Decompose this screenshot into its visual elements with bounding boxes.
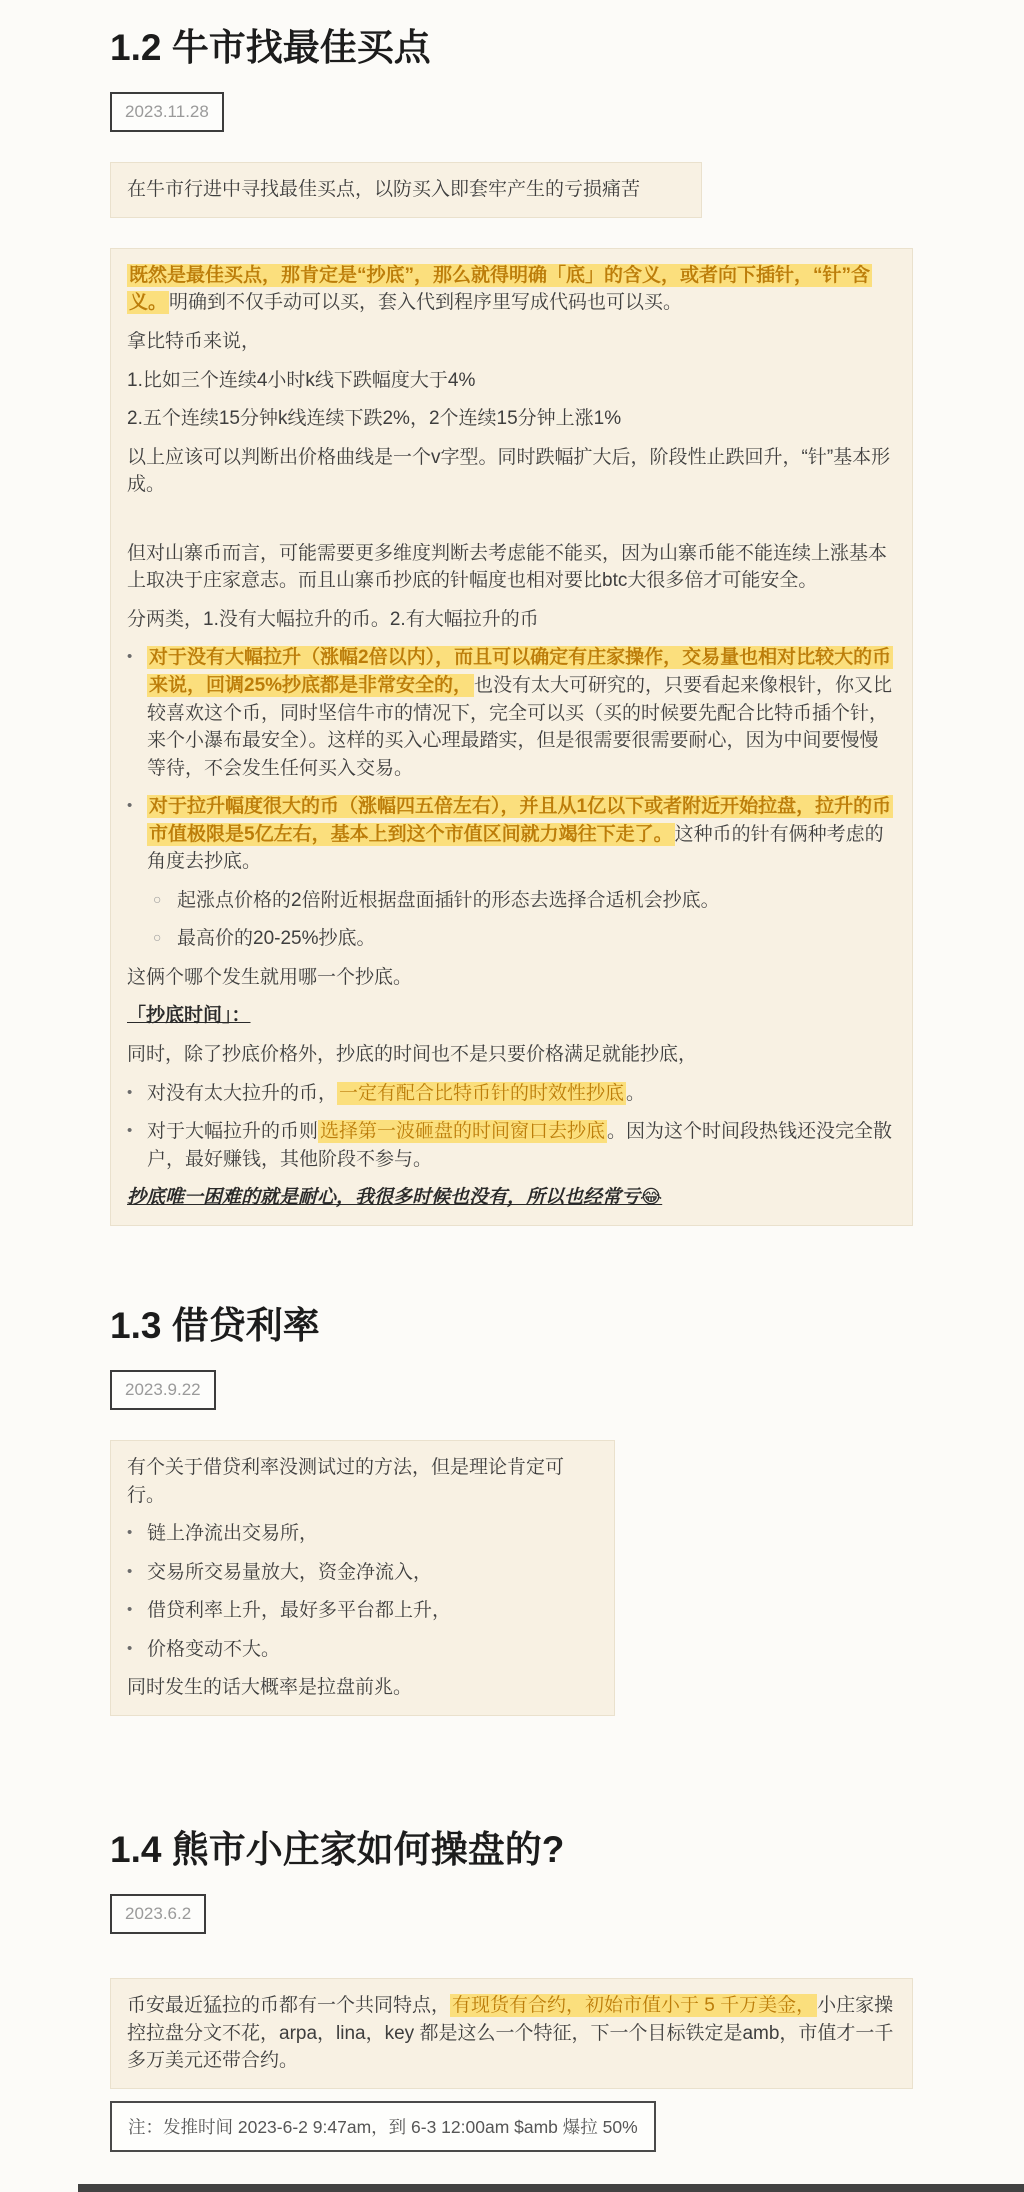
intro-callout: 在牛市行进中寻找最佳买点，以防买入即套牢产生的亏损痛苦 — [110, 162, 702, 218]
circle-bullet-icon: ○ — [153, 925, 177, 953]
paragraph: 既然是最佳买点，那肯定是“抄底”，那么就得明确「底」的含义，或者向下插针，“针”… — [127, 262, 896, 317]
paragraph-spacer — [127, 510, 896, 540]
sub-bullet-item: ○ 最高价的20-25%抄底。 — [153, 925, 896, 953]
paragraph: 同时，除了抄底价格外，抄底的时间也不是只要价格满足就能抄底， — [127, 1041, 896, 1069]
bullet-text: 对没有太大拉升的币，一定有配合比特币针的时效性抄底。 — [147, 1080, 896, 1108]
highlighted-text: 有现货有合约，初始市值小于 5 千万美金， — [450, 1994, 817, 2017]
section-1-2: 1.2 牛市找最佳买点 2023.11.28 在牛市行进中寻找最佳买点，以防买入… — [110, 26, 1024, 1226]
date-badge-1-2: 2023.11.28 — [110, 92, 224, 132]
bullet-text: 对于拉升幅度很大的币（涨幅四五倍左右），并且从1亿以下或者附近开始拉盘，拉升的币… — [147, 793, 896, 876]
paragraph: 分两类，1.没有大幅拉升的币。2.有大幅拉升的币 — [127, 606, 896, 634]
bullet-item: • 借贷利率上升，最好多平台都上升， — [127, 1597, 598, 1625]
date-badge-1-4: 2023.6.2 — [110, 1894, 206, 1934]
highlighted-text: 一定有配合比特币针的时效性抄底 — [337, 1082, 626, 1105]
buy-point-notes-callout: 既然是最佳买点，那肯定是“抄底”，那么就得明确「底」的含义，或者向下插针，“针”… — [110, 248, 913, 1226]
bullet-icon: • — [127, 1597, 147, 1625]
paragraph: 这俩个哪个发生就用哪一个抄底。 — [127, 964, 896, 992]
paragraph: 有个关于借贷利率没测试过的方法，但是理论肯定可行。 — [127, 1454, 598, 1509]
bullet-icon: • — [127, 793, 147, 876]
paragraph-text: 。 — [626, 1083, 645, 1104]
highlighted-text: 选择第一波砸盘的时间窗口去抄底 — [318, 1120, 607, 1143]
bullet-icon: • — [127, 1080, 147, 1108]
bullet-text: 交易所交易量放大，资金净流入， — [147, 1559, 598, 1587]
paragraph-text: 对于大幅拉升的币则 — [147, 1121, 318, 1142]
bullet-item: • 对于大幅拉升的币则选择第一波砸盘的时间窗口去抄底。因为这个时间段热钱还没完全… — [127, 1118, 896, 1173]
paragraph: 1.比如三个连续4小时k线下跌幅度大于4% — [127, 367, 896, 395]
paragraph-text: 对没有太大拉升的币， — [147, 1083, 337, 1104]
bullet-item: • 对于拉升幅度很大的币（涨幅四五倍左右），并且从1亿以下或者附近开始拉盘，拉升… — [127, 793, 896, 876]
bullet-icon: • — [127, 1559, 147, 1587]
document-page: 1.2 牛市找最佳买点 2023.11.28 在牛市行进中寻找最佳买点，以防买入… — [0, 0, 1024, 2192]
section-1-3-heading: 1.3 借贷利率 — [110, 1304, 1024, 1348]
underlined-label: 「抄底时间」： — [127, 1005, 251, 1026]
paragraph: 拿比特币来说， — [127, 328, 896, 356]
section-1-3: 1.3 借贷利率 2023.9.22 有个关于借贷利率没测试过的方法，但是理论肯… — [110, 1304, 1024, 1716]
sub-bullet-text: 最高价的20-25%抄底。 — [177, 925, 896, 953]
section-1-4: 1.4 熊市小庄家如何操盘的? 2023.6.2 币安最近猛拉的币都有一个共同特… — [110, 1828, 1024, 2152]
bullet-icon: • — [127, 1520, 147, 1548]
paragraph: 「抄底时间」： — [127, 1002, 896, 1030]
bullet-item: • 对没有太大拉升的币，一定有配合比特币针的时效性抄底。 — [127, 1080, 896, 1108]
paragraph: 抄底唯一困难的就是耐心，我很多时候也没有，所以也经常亏😂 — [127, 1184, 896, 1212]
paragraph-text: 明确到不仅手动可以买，套入代到程序里写成代码也可以买。 — [169, 292, 682, 313]
section-1-4-heading: 1.4 熊市小庄家如何操盘的? — [110, 1828, 1024, 1872]
bullet-icon: • — [127, 1636, 147, 1664]
bullet-icon: • — [127, 644, 147, 782]
paragraph: 币安最近猛拉的币都有一个共同特点，有现货有合约，初始市值小于 5 千万美金，小庄… — [127, 1992, 896, 2075]
lending-rate-callout: 有个关于借贷利率没测试过的方法，但是理论肯定可行。 • 链上净流出交易所， • … — [110, 1440, 615, 1716]
circle-bullet-icon: ○ — [153, 887, 177, 915]
paragraph-text: 币安最近猛拉的币都有一个共同特点， — [127, 1995, 450, 2016]
bullet-item: • 价格变动不大。 — [127, 1636, 598, 1664]
sub-bullet-text: 起涨点价格的2倍附近根据盘面插针的形态去选择合适机会抄底。 — [177, 887, 896, 915]
paragraph: 同时发生的话大概率是拉盘前兆。 — [127, 1674, 598, 1702]
section-1-2-heading: 1.2 牛市找最佳买点 — [110, 26, 1024, 70]
intro-callout-text: 在牛市行进中寻找最佳买点，以防买入即套牢产生的亏损痛苦 — [127, 176, 685, 204]
tweet-note-box: 注：发推时间 2023-6-2 9:47am，到 6-3 12:00am $am… — [110, 2101, 656, 2152]
bullet-item: • 交易所交易量放大，资金净流入， — [127, 1559, 598, 1587]
paragraph: 2.五个连续15分钟k线连续下跌2%，2个连续15分钟上涨1% — [127, 405, 896, 433]
sub-bullet-item: ○ 起涨点价格的2倍附近根据盘面插针的形态去选择合适机会抄底。 — [153, 887, 896, 915]
bullet-text: 对于没有大幅拉升（涨幅2倍以内），而且可以确定有庄家操作，交易量也相对比较大的币… — [147, 644, 896, 782]
closing-remark: 抄底唯一困难的就是耐心，我很多时候也没有，所以也经常亏😂 — [127, 1187, 662, 1208]
paragraph: 以上应该可以判断出价格曲线是一个v字型。同时跌幅扩大后，阶段性止跌回升，“针”基… — [127, 444, 896, 499]
bullet-text: 价格变动不大。 — [147, 1636, 598, 1664]
paragraph: 但对山寨币而言，可能需要更多维度判断去考虑能不能买，因为山寨币能不能连续上涨基本… — [127, 540, 896, 595]
bullet-item: • 对于没有大幅拉升（涨幅2倍以内），而且可以确定有庄家操作，交易量也相对比较大… — [127, 644, 896, 782]
next-section-edge — [78, 2184, 1024, 2192]
bullet-text: 链上净流出交易所， — [147, 1520, 598, 1548]
tweet-note-text: 注：发推时间 2023-6-2 9:47am，到 6-3 12:00am $am… — [128, 2117, 638, 2137]
bullet-item: • 链上净流出交易所， — [127, 1520, 598, 1548]
bullet-icon: • — [127, 1118, 147, 1173]
bear-market-callout: 币安最近猛拉的币都有一个共同特点，有现货有合约，初始市值小于 5 千万美金，小庄… — [110, 1978, 913, 2089]
bullet-text: 对于大幅拉升的币则选择第一波砸盘的时间窗口去抄底。因为这个时间段热钱还没完全散户… — [147, 1118, 896, 1173]
bullet-text: 借贷利率上升，最好多平台都上升， — [147, 1597, 598, 1625]
date-badge-1-3: 2023.9.22 — [110, 1370, 216, 1410]
